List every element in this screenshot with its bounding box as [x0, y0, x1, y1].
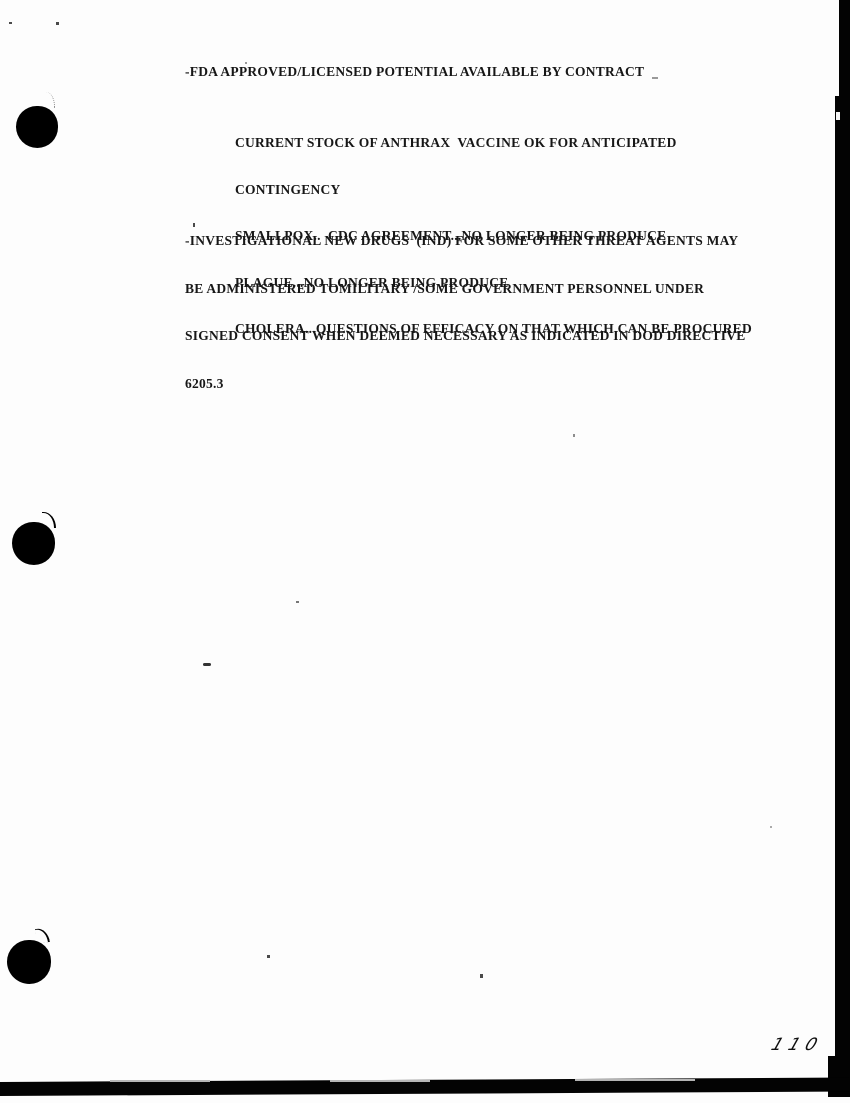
ind-paragraph-line: BE ADMINISTERED TOMILITARY /SOME GOVERNM… [185, 281, 746, 297]
scan-artifact-line [330, 1080, 430, 1082]
handwritten-page-number: 110 [768, 1035, 826, 1055]
scan-speck [480, 974, 483, 978]
scan-speck [573, 434, 575, 437]
ind-paragraph-line: SIGNED CONSENT WHEN DEEMED NECESSARY AS … [185, 328, 746, 344]
hole-punch-tail-mark [35, 927, 50, 944]
scan-edge-notch [836, 112, 840, 120]
scan-speck [203, 663, 211, 666]
scan-speck [267, 955, 270, 958]
scan-speck [193, 223, 195, 227]
document-heading-line: -FDA APPROVED/LICENSED POTENTIAL AVAILAB… [185, 64, 644, 80]
scan-speck [652, 77, 658, 79]
vaccine-status-line: CONTINGENCY [235, 182, 752, 198]
ind-paragraph-line: 6205.3 [185, 376, 746, 392]
ind-paragraph-line: -INVESTIGATIONAL NEW DRUGS (IND) FOR SOM… [185, 233, 746, 249]
hole-punch-tail-mark [46, 92, 55, 108]
hole-punch-icon [7, 940, 51, 984]
scan-artifact-line [575, 1079, 695, 1081]
scan-artifact-line [110, 1080, 210, 1082]
scan-speck [245, 62, 247, 64]
scan-speck [296, 601, 299, 603]
ind-paragraph: -INVESTIGATIONAL NEW DRUGS (IND) FOR SOM… [185, 201, 746, 424]
scan-edge-right-wide [835, 96, 841, 1097]
scanned-document-page: -FDA APPROVED/LICENSED POTENTIAL AVAILAB… [0, 0, 850, 1103]
hole-punch-tail-mark [42, 512, 56, 528]
scan-speck [770, 826, 772, 828]
scan-speck [9, 22, 12, 24]
hole-punch-icon [12, 522, 55, 565]
hole-punch-icon [16, 106, 58, 148]
vaccine-status-line: CURRENT STOCK OF ANTHRAX VACCINE OK FOR … [235, 135, 752, 151]
scan-speck [56, 22, 59, 25]
